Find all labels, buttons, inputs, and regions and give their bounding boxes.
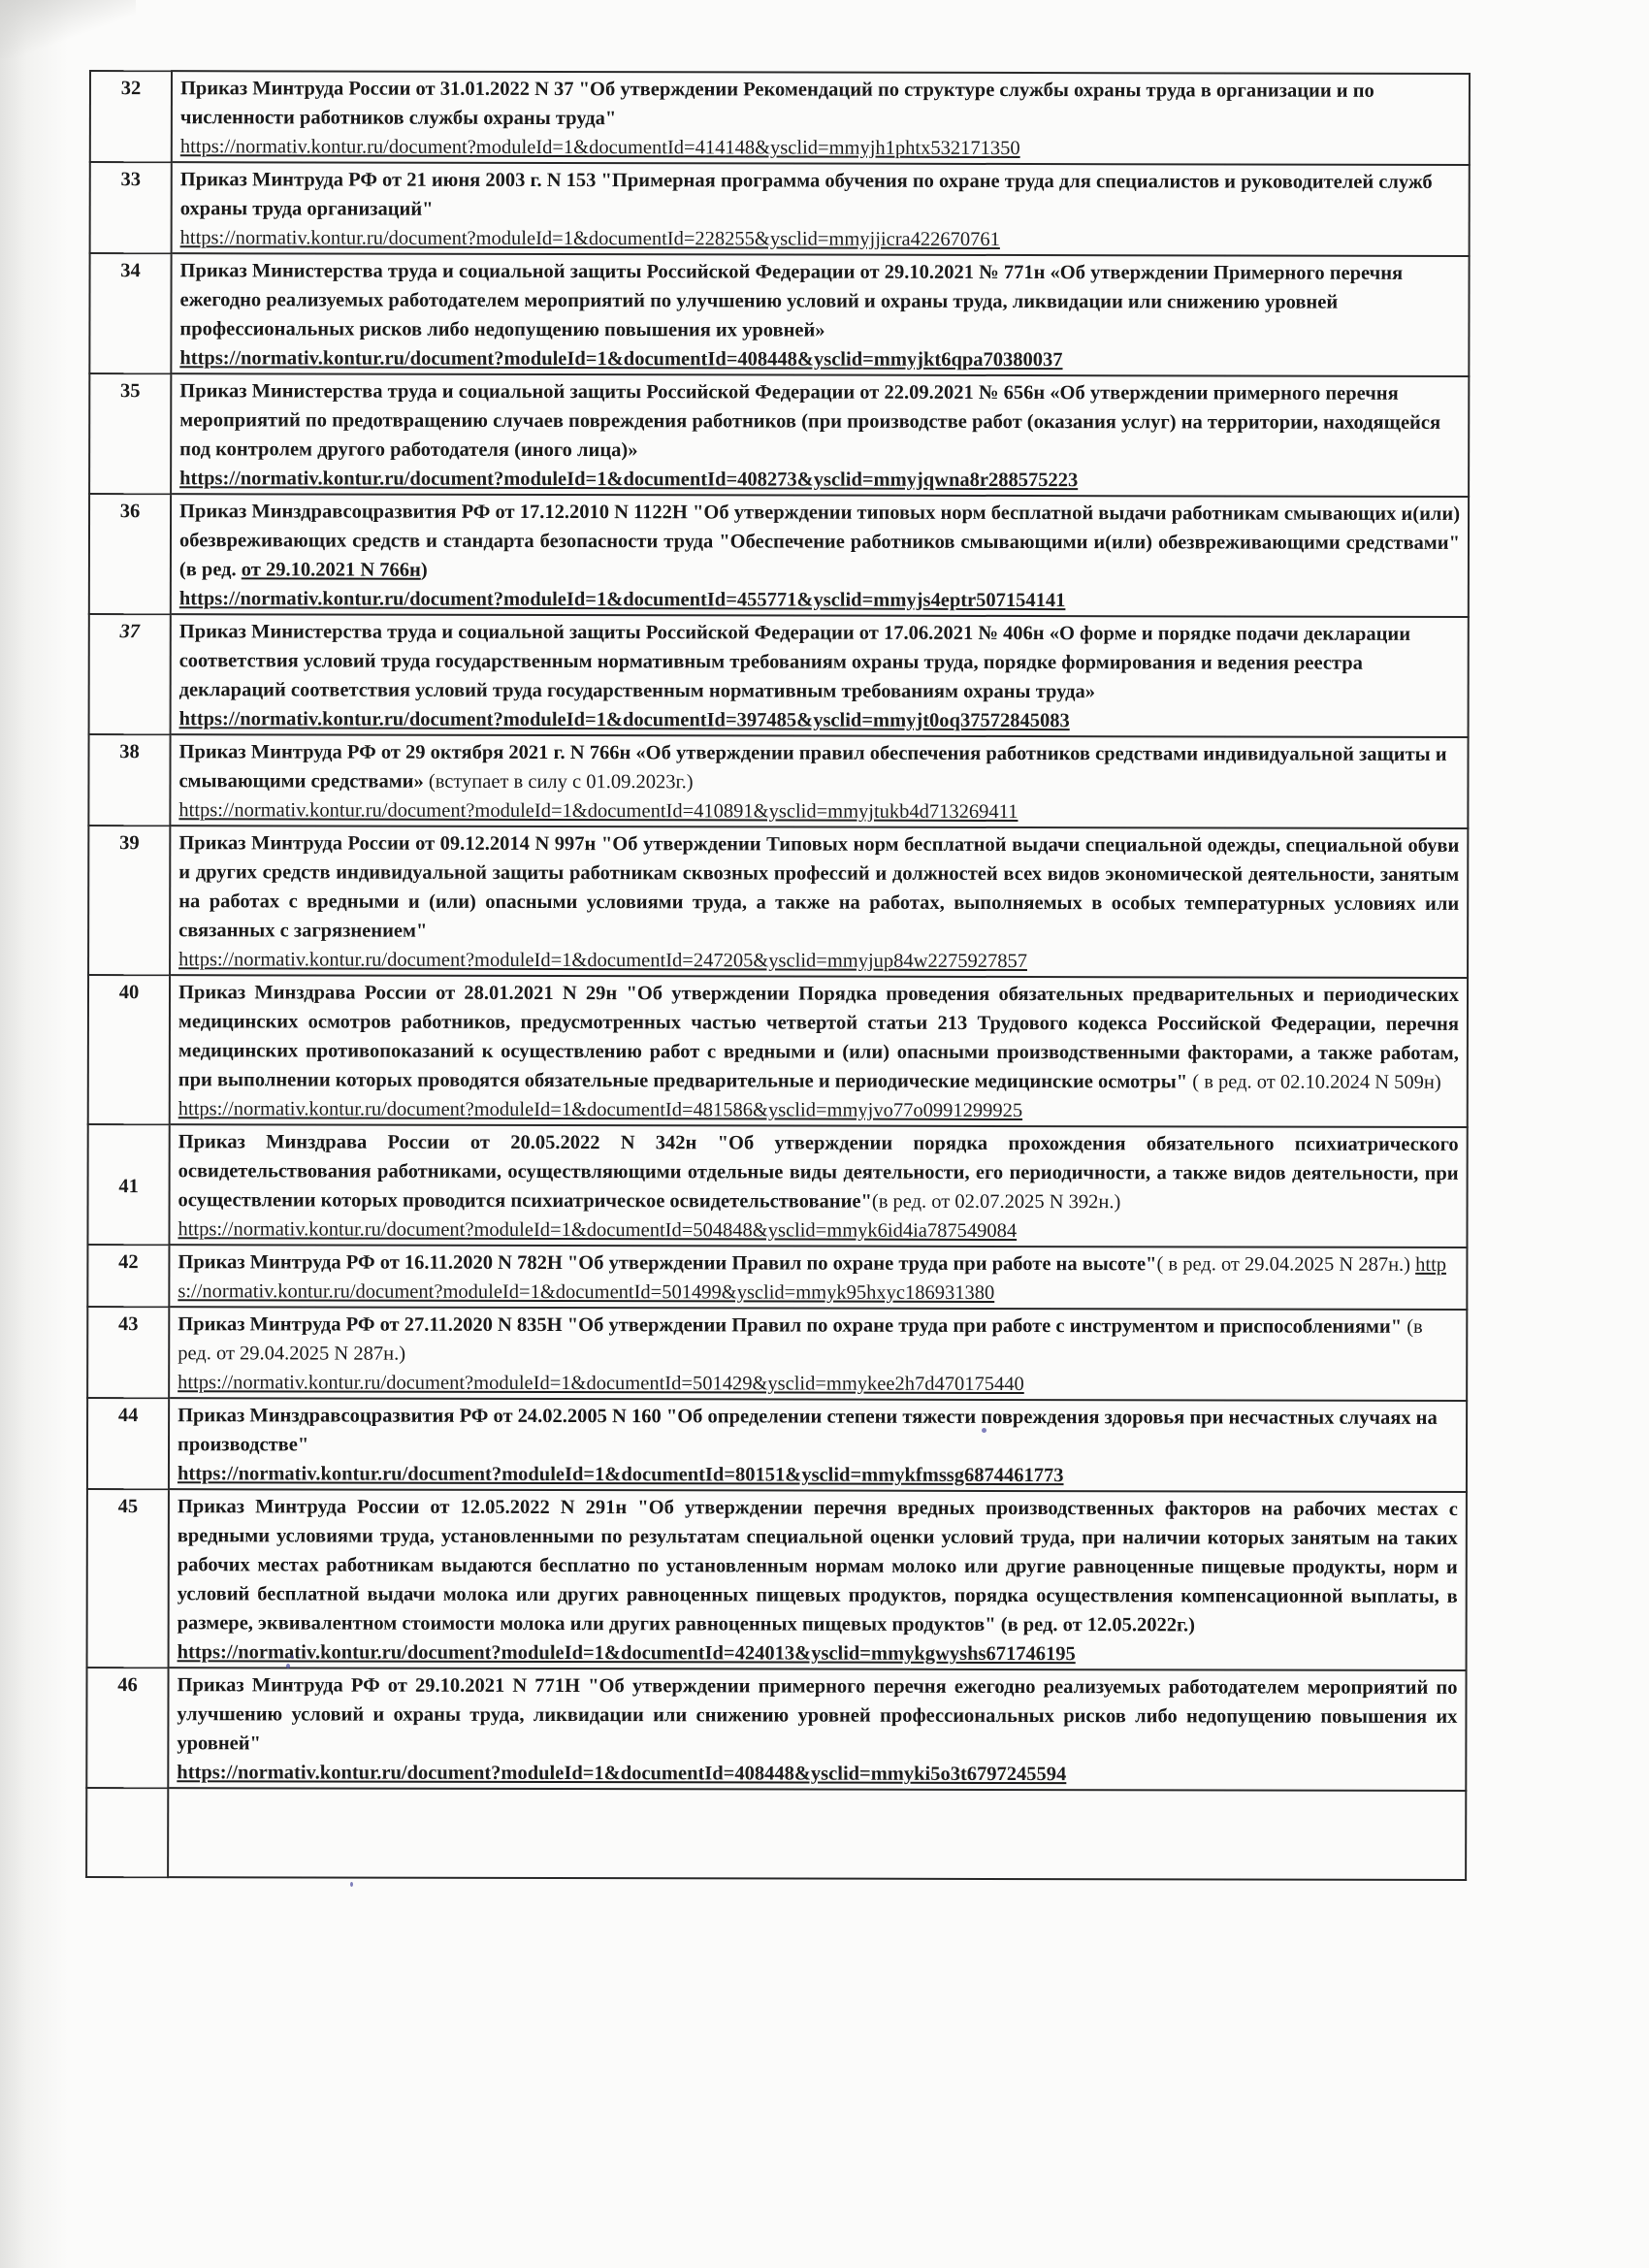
row-content: Приказ Минтруда РФ от 29 октября 2021 г.… [170,734,1468,828]
table-row: 40 Приказ Минздрава России от 28.01.2021… [88,975,1468,1127]
row-number: 35 [89,373,171,494]
document-link[interactable]: https://normativ.kontur.ru/document?modu… [180,136,1020,159]
table-row: 34 Приказ Министерства труда и социально… [89,253,1469,376]
row-content: Приказ Минтруда России от 09.12.2014 N 9… [170,826,1468,978]
row-number: 46 [86,1668,168,1788]
document-link[interactable]: https://normativ.kontur.ru/document?modu… [177,1762,1066,1785]
row-content: Приказ Минздрава России от 28.01.2021 N … [170,975,1468,1127]
document-link[interactable]: https://normativ.kontur.ru/document?modu… [179,588,1066,611]
document-title: Приказ Министерства труда и социальной з… [179,621,1410,702]
row-number: 37 [89,614,171,734]
row-number: 43 [87,1307,169,1398]
document-link[interactable]: https://normativ.kontur.ru/document?modu… [180,227,1000,250]
amendment-note: ( в ред. от 29.04.2025 N 287н.) [1156,1253,1415,1276]
document-link[interactable]: https://normativ.kontur.ru/document?modu… [178,1098,1022,1121]
row-content: Приказ Минтруда РФ от 16.11.2020 N 782Н … [169,1245,1467,1310]
row-number: 33 [90,162,172,253]
row-number: 42 [87,1245,169,1307]
amendment-link[interactable]: от 29.10.2021 N 766н [242,559,421,580]
document-link[interactable]: https://normativ.kontur.ru/document?modu… [178,949,1027,972]
document-link[interactable]: https://normativ.kontur.ru/document?modu… [179,347,1062,371]
document-title: Приказ Минздравсоцразвития РФ от 17.12.2… [179,501,1460,554]
ink-speck [1050,89,1053,93]
document-link[interactable]: https://normativ.kontur.ru/document?modu… [178,1641,1076,1665]
table-row: 45 Приказ Минтруда России от 12.05.2022 … [87,1489,1467,1670]
table-row: 37 Приказ Министерства труда и социально… [89,614,1469,737]
effective-date-note: (вступает в силу с 01.09.2023г.) [424,771,694,794]
empty-content-cell [168,1788,1466,1880]
row-number: 34 [89,253,171,373]
row-content: Приказ Минтруда России от 31.01.2022 N 3… [172,71,1470,165]
amendment-suffix: ) [421,560,428,581]
document-title: Приказ Минтруда России от 31.01.2022 N 3… [180,78,1374,129]
table-row: 35 Приказ Министерства труда и социально… [89,373,1469,497]
row-content: Приказ Минтруда РФ от 21 июня 2003 г. N … [172,162,1470,256]
ink-speck [286,1664,290,1669]
document-link[interactable]: https://normativ.kontur.ru/document?modu… [179,708,1070,731]
document-link[interactable]: https://normativ.kontur.ru/document?modu… [178,1463,1064,1486]
row-content: Приказ Минтруда РФ от 27.11.2020 N 835Н … [169,1307,1467,1401]
ink-speck [982,1428,986,1433]
row-number: 44 [87,1398,169,1489]
row-content: Приказ Минтруда РФ от 29.10.2021 N 771Н … [168,1668,1466,1791]
document-link[interactable]: https://normativ.kontur.ru/document?modu… [178,799,1018,823]
regulations-table: 32 Приказ Минтруда России от 31.01.2022 … [85,70,1471,1881]
document-title: Приказ Минтруда России от 09.12.2014 N 9… [178,832,1459,942]
scan-shadow-edge [0,0,68,2268]
amendment-prefix: (в ред. [179,559,242,580]
document-title: Приказ Минтруда РФ от 27.11.2020 N 835Н … [178,1313,1402,1338]
ink-speck [350,1882,353,1887]
table-row: 42 Приказ Минтруда РФ от 16.11.2020 N 78… [87,1245,1467,1310]
document-link[interactable]: https://normativ.kontur.ru/document?modu… [178,1218,1017,1242]
table-row: 46 Приказ Минтруда РФ от 29.10.2021 N 77… [86,1668,1466,1791]
document-title: Приказ Министерства труда и социальной з… [179,380,1440,461]
row-number: 41 [87,1124,169,1245]
row-number: 40 [88,975,170,1124]
empty-number-cell [86,1788,168,1877]
document-title: Приказ Минтруда РФ от 29 октября 2021 г.… [178,741,1446,793]
row-content: Приказ Минздравсоцразвития РФ от 17.12.2… [171,494,1469,617]
row-content: Приказ Минздрава России от 20.05.2022 N … [169,1124,1467,1247]
row-content: Приказ Минздравсоцразвития РФ от 24.02.2… [169,1398,1467,1492]
table-row: 41 Приказ Минздрава России от 20.05.2022… [87,1124,1467,1247]
table-row: 33 Приказ Минтруда РФ от 21 июня 2003 г.… [90,162,1470,256]
document-title: Приказ Минтруда РФ от 16.11.2020 N 782Н … [178,1251,1156,1275]
document-link[interactable]: https://normativ.kontur.ru/document?modu… [178,1372,1024,1395]
row-number: 45 [87,1489,169,1668]
amendment-note: ( в ред. от 02.10.2024 N 509н) [1187,1071,1441,1093]
empty-table-row [86,1788,1466,1880]
document-title: Приказ Минтруда РФ от 21 июня 2003 г. N … [180,169,1433,220]
amendment-note: (в ред. от 12.05.2022г.) [996,1614,1195,1636]
scan-fold-corner [0,0,136,58]
document-link[interactable]: https://normativ.kontur.ru/document?modu… [179,468,1078,491]
row-content: Приказ Министерства труда и социальной з… [171,614,1469,737]
table-row: 43 Приказ Минтруда РФ от 27.11.2020 N 83… [87,1307,1467,1401]
table-row: 44 Приказ Минздравсоцразвития РФ от 24.0… [87,1398,1467,1492]
table-row: 32 Приказ Минтруда России от 31.01.2022 … [90,71,1470,165]
row-number: 32 [90,71,172,162]
row-number: 38 [88,734,170,826]
document-title: Приказ Минздравсоцразвития РФ от 24.02.2… [178,1405,1438,1455]
document-title: Приказ Минтруда РФ от 29.10.2021 N 771Н … [177,1674,1457,1754]
row-content: Приказ Минтруда России от 12.05.2022 N 2… [169,1489,1467,1670]
document-title: Приказ Минздрава России от 20.05.2022 N … [178,1131,1459,1212]
row-content: Приказ Министерства труда и социальной з… [171,253,1469,376]
table-row: 39 Приказ Минтруда России от 09.12.2014 … [88,826,1468,978]
table-row: 38 Приказ Минтруда РФ от 29 октября 2021… [88,734,1468,828]
row-number: 36 [89,494,171,614]
document-title: Приказ Минтруда России от 12.05.2022 N 2… [178,1496,1458,1636]
ink-speck [291,1655,294,1659]
row-number: 39 [88,826,170,975]
table-row: 36 Приказ Минздравсоцразвития РФ от 17.1… [89,494,1469,617]
row-content: Приказ Министерства труда и социальной з… [171,373,1469,497]
amendment-note: (в ред. от 02.07.2025 N 392н.) [872,1191,1120,1214]
document-title: Приказ Министерства труда и социальной з… [179,260,1403,340]
